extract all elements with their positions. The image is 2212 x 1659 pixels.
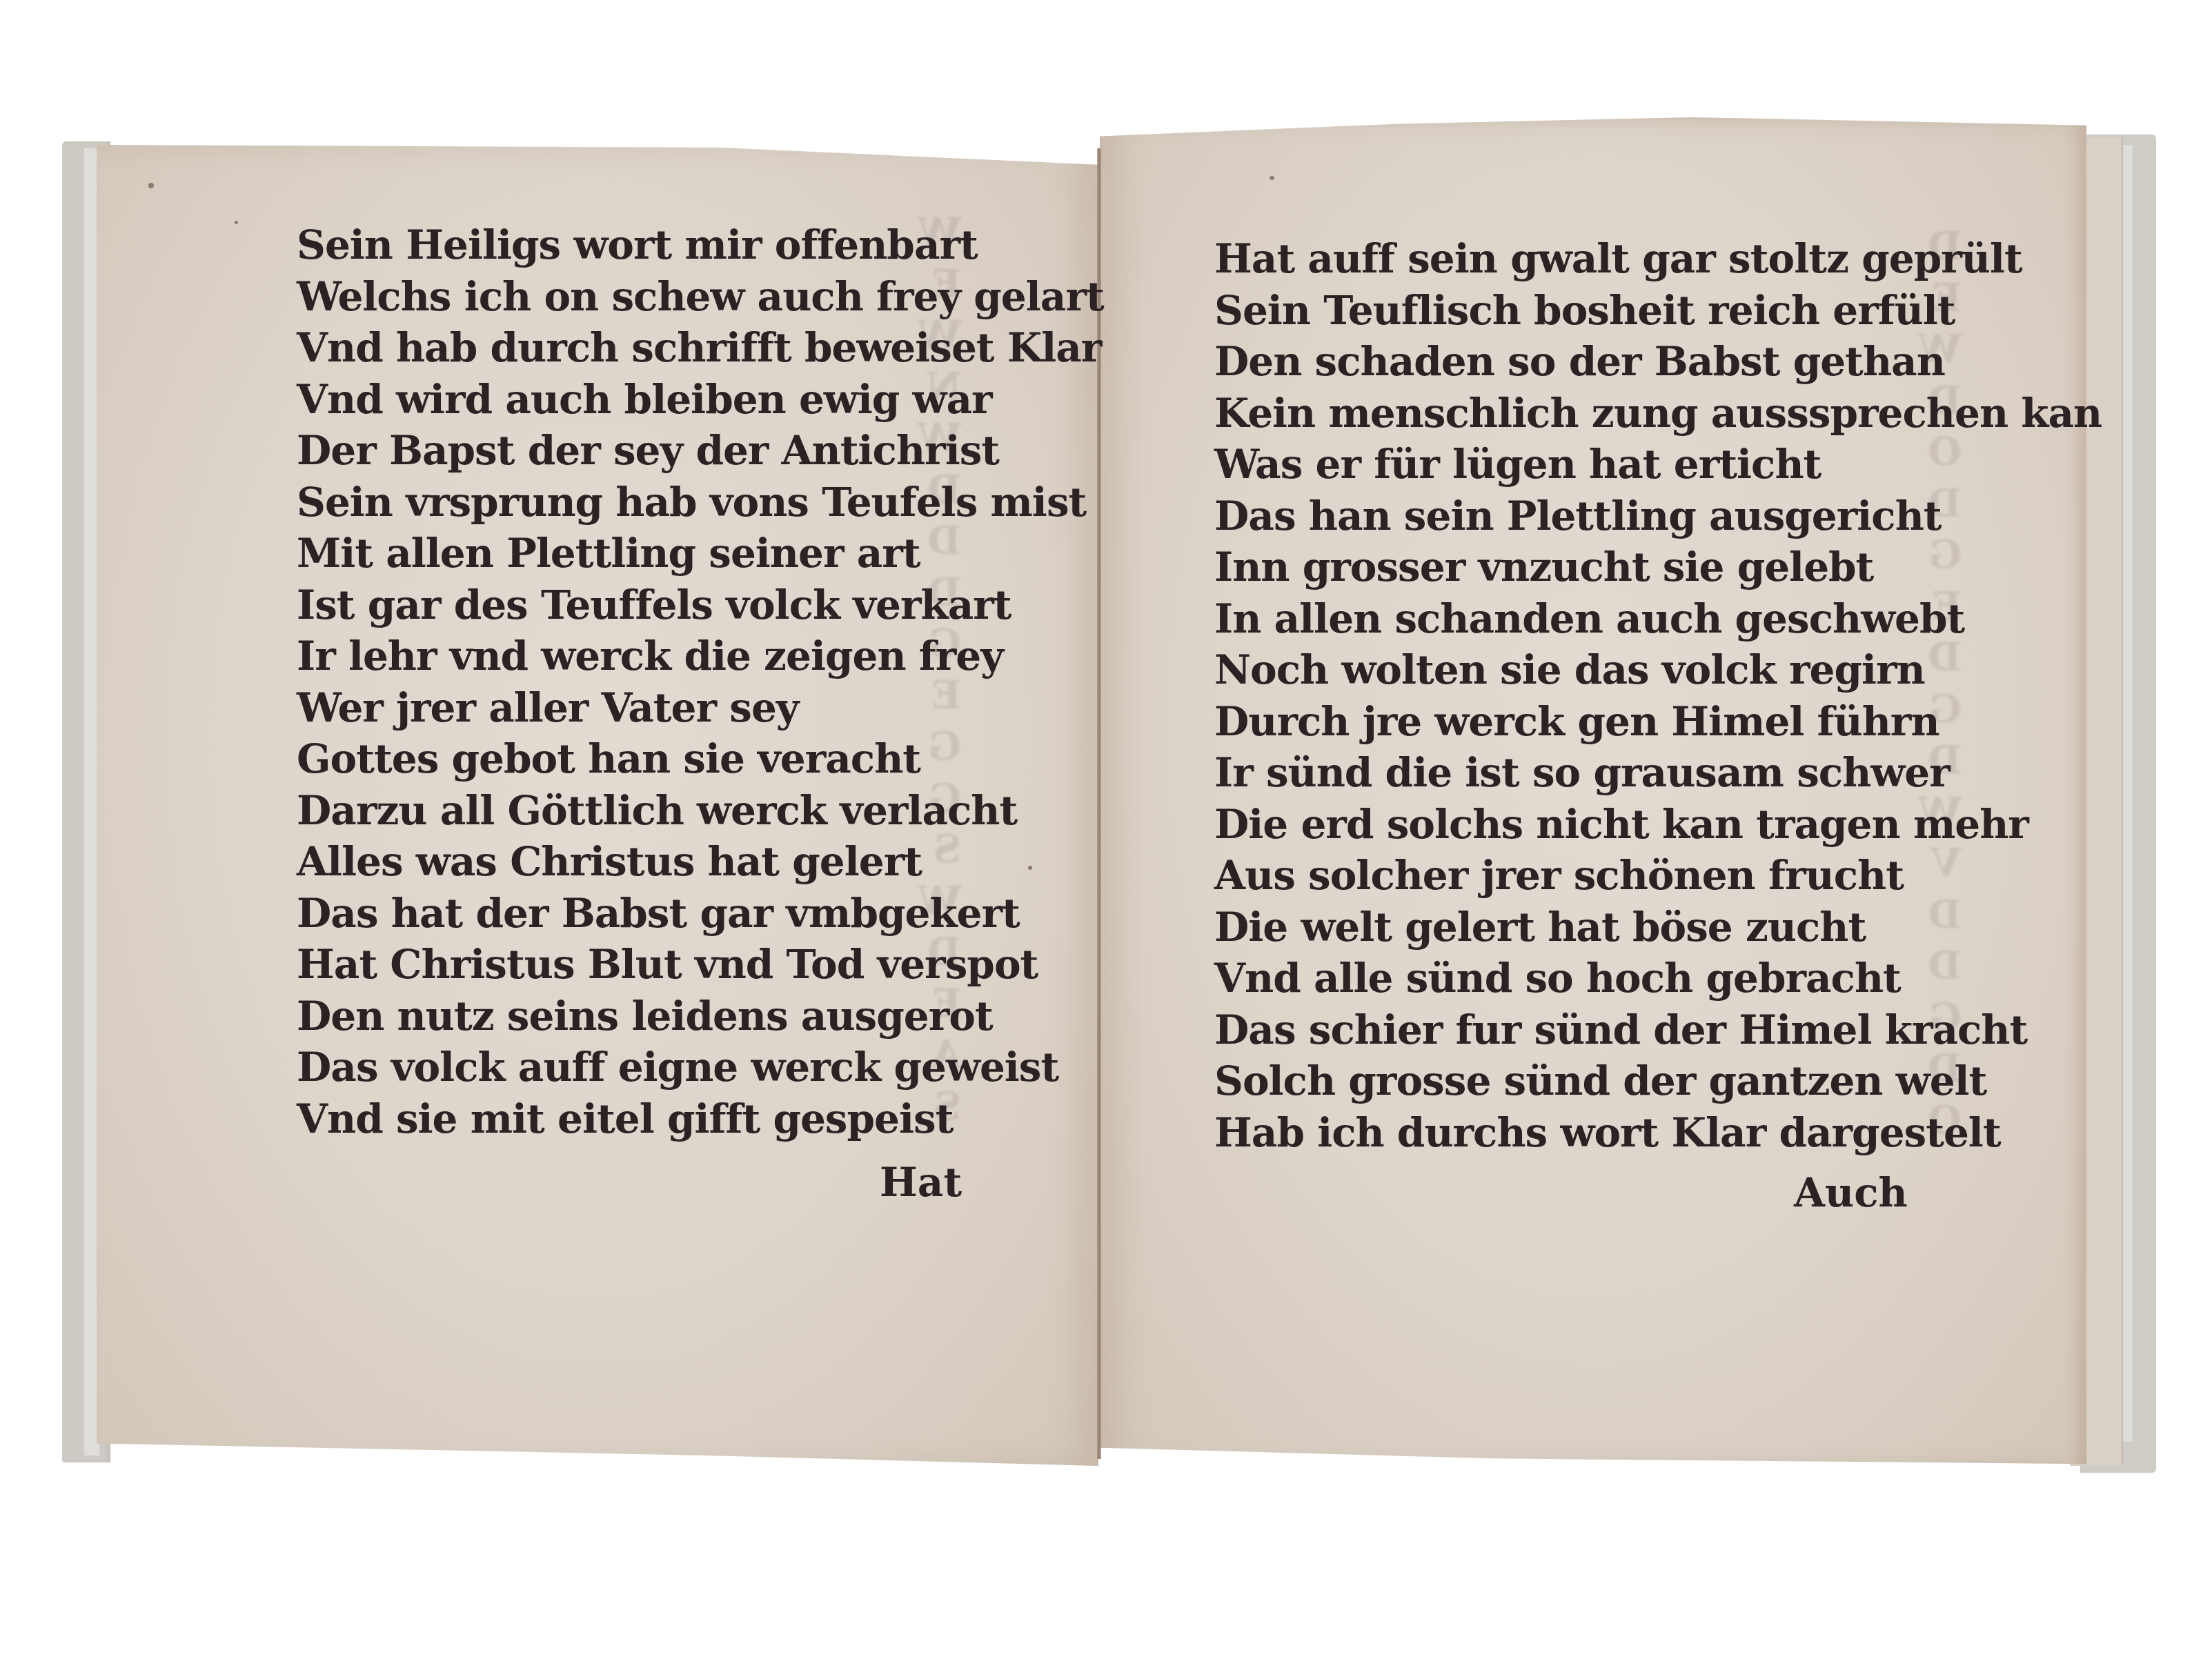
verse-line: Der Bapst der sey der Antichrist	[297, 425, 1104, 477]
verse-line: Aus solcher jrer schönen frucht	[1214, 850, 2102, 902]
verse-line: Mit allen Plettling seiner art	[297, 528, 1104, 579]
verse-line: Durch jre werck gen Himel führn	[1214, 696, 2102, 748]
cover-edge-strip	[2122, 145, 2133, 1442]
foxing-spot	[148, 183, 154, 188]
verse-line: Den schaden so der Babst gethan	[1214, 336, 2102, 388]
catchword-left: Hat	[880, 1159, 962, 1206]
verse-line: Was er für lügen hat erticht	[1214, 439, 2102, 490]
verse-line: Die erd solchs nicht kan tragen mehr	[1214, 799, 2102, 851]
verse-line: Ist gar des Teuffels volck verkart	[297, 579, 1104, 631]
verse-line: Noch wolten sie das volck regirn	[1214, 644, 2102, 696]
verse-line: Sein vrsprung hab vons Teufels mist	[297, 477, 1104, 528]
verse-line: Hat Christus Blut vnd Tod verspot	[297, 939, 1104, 991]
verse-line: Das schier fur sünd der Himel kracht	[1214, 1004, 2102, 1056]
verse-line: Sein Teuflisch bosheit reich erfült	[1214, 285, 2102, 337]
right-page-verse: Hat auff sein gwalt gar stoltz geprült S…	[1214, 233, 2102, 1158]
verse-line: Das volck auff eigne werck geweist	[297, 1042, 1104, 1093]
verse-line: Darzu all Göttlich werck verlacht	[297, 785, 1104, 837]
verse-line: Die welt gelert hat böse zucht	[1214, 902, 2102, 953]
verse-line: Inn grosser vnzucht sie gelebt	[1214, 542, 2102, 593]
verse-line: Ir sünd die ist so grausam schwer	[1214, 747, 2102, 799]
catchword-right: Auch	[1794, 1169, 1908, 1216]
verse-line: Welchs ich on schew auch frey gelart	[297, 271, 1104, 323]
open-book: WEWNWDDDGEGGSWDEAS DEWDODGEDGDWVDDGDO Se…	[0, 0, 2212, 1659]
verse-line: Das hat der Babst gar vmbgekert	[297, 888, 1104, 940]
verse-line: Vnd hab durch schrifft beweiset Klar	[297, 322, 1104, 374]
verse-line: In allen schanden auch geschwebt	[1214, 593, 2102, 645]
verse-line: Vnd wird auch bleiben ewig war	[297, 374, 1104, 426]
verse-line: Hab ich durchs wort Klar dargestelt	[1214, 1107, 2102, 1159]
verse-line: Das han sein Plettling ausgericht	[1214, 490, 2102, 542]
verse-line: Vnd alle sünd so hoch gebracht	[1214, 953, 2102, 1004]
foxing-spot	[1270, 176, 1274, 180]
verse-line: Kein menschlich zung ausssprechen kan	[1214, 388, 2102, 439]
verse-line: Vnd sie mit eitel gifft gespeist	[297, 1093, 1104, 1145]
verse-line: Hat auff sein gwalt gar stoltz geprült	[1214, 233, 2102, 285]
left-page-verse: Sein Heiligs wort mir offenbart Welchs i…	[297, 219, 1104, 1144]
verse-line: Wer jrer aller Vater sey	[297, 682, 1104, 734]
verse-line: Gottes gebot han sie veracht	[297, 733, 1104, 785]
verse-line: Solch grosse sünd der gantzen welt	[1214, 1055, 2102, 1107]
verse-line: Sein Heiligs wort mir offenbart	[297, 219, 1104, 271]
foxing-spot	[235, 221, 238, 224]
verse-line: Alles was Christus hat gelert	[297, 836, 1104, 888]
verse-line: Den nutz seins leidens ausgerot	[297, 991, 1104, 1042]
verse-line: Ir lehr vnd werck die zeigen frey	[297, 630, 1104, 682]
